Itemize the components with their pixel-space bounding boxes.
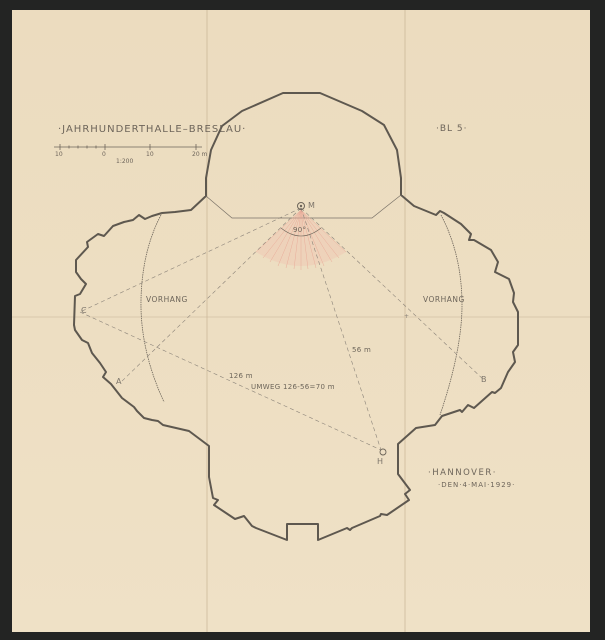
scale-bar bbox=[54, 144, 202, 150]
point-h-label: H bbox=[377, 457, 383, 466]
place-label: ·HANNOVER· bbox=[428, 468, 497, 478]
point-c-label: C bbox=[81, 306, 87, 315]
scale-ratio: 1:200 bbox=[116, 158, 133, 165]
point-h-marker bbox=[380, 449, 386, 455]
angle-label: 90° bbox=[293, 226, 306, 234]
curtain-left-label: VORHANG bbox=[146, 295, 188, 304]
scale-tick-label: 10 bbox=[146, 151, 154, 158]
point-b-label: B bbox=[481, 375, 487, 384]
point-a-label: A bbox=[116, 377, 121, 386]
scale-tick-label: 10 bbox=[55, 151, 63, 158]
detour-label: UMWEG 126-56=70 m bbox=[251, 383, 335, 391]
date-label: ·DEN·4·MAI·1929· bbox=[438, 481, 515, 489]
sheet-number: ·BL 5· bbox=[436, 124, 468, 134]
direct-distance-label: 56 m bbox=[352, 346, 371, 354]
drawing-title: ·JAHRHUNDERTHALLE–BRESLAU· bbox=[58, 124, 246, 135]
svg-text:+: + bbox=[404, 313, 409, 320]
curtain-right-label: VORHANG bbox=[423, 295, 465, 304]
sight-fan bbox=[256, 210, 346, 270]
scale-tick-label: 20 m bbox=[192, 151, 207, 158]
long-distance-label: 126 m bbox=[229, 372, 253, 380]
floor-plan: + bbox=[0, 0, 605, 640]
point-m-label: M bbox=[308, 201, 315, 210]
scale-tick-label: 0 bbox=[102, 151, 106, 158]
curtain-left bbox=[141, 213, 164, 402]
curtain-right bbox=[440, 215, 462, 415]
